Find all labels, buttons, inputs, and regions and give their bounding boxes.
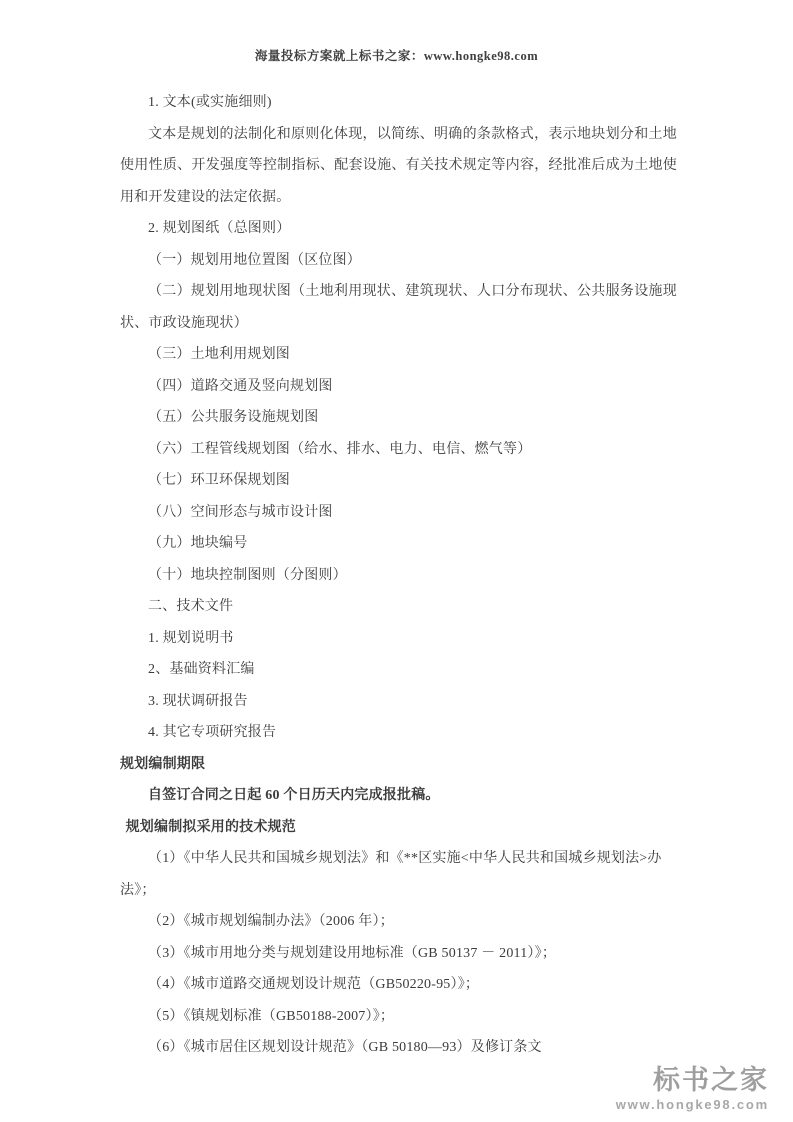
document-body: 1. 文本(或实施细则)文本是规划的法制化和原则化体现，以简练、明确的条款格式，… bbox=[120, 87, 677, 1064]
paragraph: （六）工程管线规划图（给水、排水、电力、电信、燃气等） bbox=[120, 434, 677, 466]
paragraph: 1. 文本(或实施细则) bbox=[120, 87, 677, 119]
paragraph: （一）规划用地位置图（区位图） bbox=[120, 245, 677, 277]
watermark-url: www.hongke98.com bbox=[616, 1098, 769, 1112]
paragraph: （五）公共服务设施规划图 bbox=[120, 402, 677, 434]
paragraph: 2. 规划图纸（总图则） bbox=[120, 213, 677, 245]
paragraph: 自签订合同之日起 60 个日历天内完成报批稿。 bbox=[120, 780, 677, 812]
watermark-brand-logo: 标书之家 bbox=[616, 1066, 769, 1096]
paragraph: （八）空间形态与城市设计图 bbox=[120, 497, 677, 529]
paragraph: （4）《城市道路交通规划设计规范（GB50220-95）》； bbox=[120, 969, 677, 1001]
paragraph: 文本是规划的法制化和原则化体现，以简练、明确的条款格式，表示地块划分和土地使用性… bbox=[120, 119, 677, 214]
paragraph: （三）土地利用规划图 bbox=[120, 339, 677, 371]
paragraph: （6）《城市居住区规划设计规范》（GB 50180—93）及修订条文 bbox=[120, 1032, 677, 1064]
paragraph: 4. 其它专项研究报告 bbox=[120, 717, 677, 749]
paragraph: （5）《镇规划标准（GB50188-2007）》； bbox=[120, 1001, 677, 1033]
paragraph: （九）地块编号 bbox=[120, 528, 677, 560]
paragraph: 3. 现状调研报告 bbox=[120, 686, 677, 718]
paragraph: （七）环卫环保规划图 bbox=[120, 465, 677, 497]
watermark: 标书之家 www.hongke98.com bbox=[616, 1066, 769, 1112]
paragraph: 二、技术文件 bbox=[120, 591, 677, 623]
paragraph: 规划编制期限 bbox=[120, 749, 677, 781]
paragraph: （四）道路交通及竖向规划图 bbox=[120, 371, 677, 403]
paragraph: （2）《城市规划编制办法》（2006 年）； bbox=[120, 906, 677, 938]
paragraph: 规划编制拟采用的技术规范 bbox=[120, 812, 677, 844]
paragraph: 2、基础资料汇编 bbox=[120, 654, 677, 686]
paragraph: 1. 规划说明书 bbox=[120, 623, 677, 655]
paragraph: （3）《城市用地分类与规划建设用地标准（GB 50137 － 2011）》； bbox=[120, 938, 677, 970]
document-page: 海量投标方案就上标书之家：www.hongke98.com 1. 文本(或实施细… bbox=[0, 0, 793, 1122]
paragraph: （二）规划用地现状图（土地利用现状、建筑现状、人口分布现状、公共服务设施现状、市… bbox=[120, 276, 677, 339]
page-header-text: 海量投标方案就上标书之家：www.hongke98.com bbox=[0, 46, 793, 64]
paragraph: （1）《中华人民共和国城乡规划法》和《**区实施<中华人民共和国城乡规划法>办法… bbox=[120, 843, 677, 906]
paragraph: （十）地块控制图则（分图则） bbox=[120, 560, 677, 592]
